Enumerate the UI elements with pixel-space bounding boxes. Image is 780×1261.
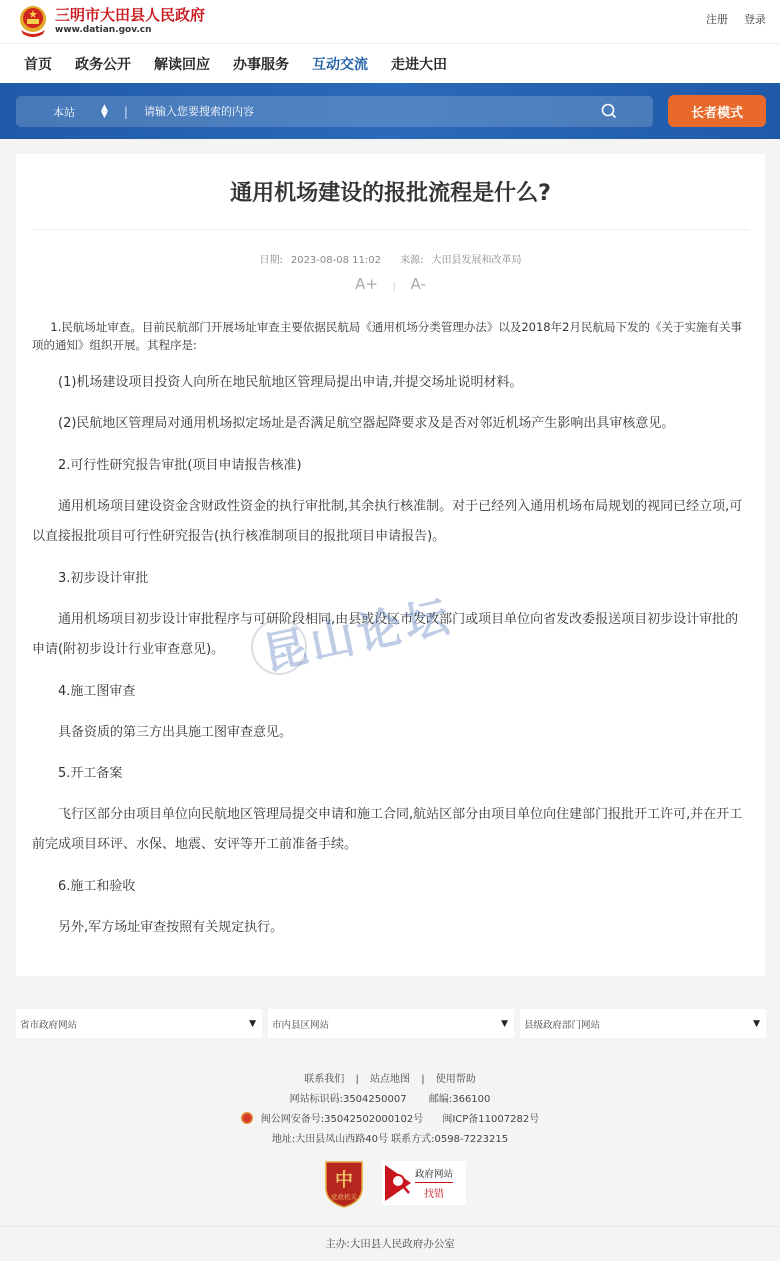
paragraph: 飞行区部分由项目单位向民航地区管理局提交申请和施工合同,航站区部分由项目单位向住…	[32, 800, 750, 860]
date-label: 日期:	[259, 255, 282, 266]
help-link[interactable]: 使用帮助	[436, 1074, 476, 1085]
department-sites-select[interactable]: 县级政府部门网站 ▼	[520, 1009, 766, 1038]
site-code: 3504250007	[343, 1094, 407, 1105]
report-error-button[interactable]: 政府网站 找错	[382, 1161, 466, 1205]
svg-text:党政机关: 党政机关	[331, 1192, 358, 1201]
county-district-sites-select[interactable]: 市内县区网站 ▼	[268, 1009, 514, 1038]
paragraph: 另外,军方场址审查按照有关规定执行。	[32, 913, 750, 943]
footer-info: 联系我们 | 站点地图 | 使用帮助 网站标识码:3504250007 邮编:3…	[0, 1070, 780, 1150]
search-input[interactable]	[144, 105, 544, 118]
icp-link[interactable]: 闽ICP备11007282号	[442, 1114, 539, 1125]
site-url: www.datian.gov.cn	[55, 24, 205, 36]
search-box: 本站 ▲▼ |	[16, 96, 653, 127]
dropdown-arrow-icon: ▼	[501, 1019, 508, 1029]
national-emblem-icon	[17, 4, 49, 38]
site-name: 三明市大田县人民政府	[55, 6, 205, 24]
divider: |	[393, 282, 396, 292]
police-badge-icon	[241, 1112, 253, 1124]
nav-item-about-datian[interactable]: 走进大田	[391, 54, 447, 74]
search-band: 本站 ▲▼ | 长者模式	[0, 83, 780, 139]
dropdown-arrow-icon: ▼	[249, 1019, 256, 1029]
search-icon[interactable]	[601, 103, 617, 119]
article-date: 2023-08-08 11:02	[291, 255, 381, 266]
divider: |	[421, 1074, 424, 1085]
font-size-controls: A+ | A-	[16, 275, 765, 293]
error-report-title: 政府网站	[415, 1166, 453, 1183]
article-source: 大田县发展和改革局	[432, 255, 522, 266]
postcode-label: 邮编:	[429, 1094, 452, 1105]
main-nav: 首页 政务公开 解读回应 办事服务 互动交流 走进大田	[0, 43, 780, 83]
police-record-link[interactable]: 35042502000102号	[324, 1114, 423, 1125]
nav-item-interpretation[interactable]: 解读回应	[154, 54, 210, 74]
provincial-sites-select[interactable]: 省市政府网站 ▼	[16, 1009, 262, 1038]
dropdown-arrow-icon: ▼	[753, 1019, 760, 1029]
article-card: 通用机场建设的报批流程是什么? 日期:2023-08-08 11:02 来源:大…	[16, 154, 765, 976]
paragraph: 通用机场项目初步设计审批程序与可研阶段相同,由县或设区市发改部门或项目单位向省发…	[32, 605, 750, 665]
select-label: 省市政府网站	[20, 1017, 77, 1031]
register-link[interactable]: 注册	[706, 11, 728, 27]
address-contact: 地址:大田县凤山西路40号 联系方式:0598-7223215	[272, 1134, 508, 1145]
top-header: 三明市大田县人民政府 www.datian.gov.cn 注册 登录	[0, 0, 780, 43]
font-decrease-button[interactable]: A-	[411, 275, 426, 293]
section-heading: 5.开工备案	[32, 759, 750, 789]
nav-item-gov-affairs[interactable]: 政务公开	[75, 54, 131, 74]
article-body: 1.民航场址审查。目前民航部门开展场址审查主要依据民航局《通用机场分类管理办法》…	[32, 318, 750, 954]
article-meta: 日期:2023-08-08 11:02 来源:大田县发展和改革局	[16, 251, 765, 266]
section-heading: 4.施工图审查	[32, 677, 750, 707]
nav-item-services[interactable]: 办事服务	[233, 54, 289, 74]
section-heading: 3.初步设计审批	[32, 564, 750, 594]
paragraph: 1.民航场址审查。目前民航部门开展场址审查主要依据民航局《通用机场分类管理办法》…	[32, 318, 750, 354]
related-sites: 省市政府网站 ▼ 市内县区网站 ▼ 县级政府部门网站 ▼	[16, 1009, 766, 1038]
police-record-label[interactable]: 闽公网安备号:	[261, 1114, 324, 1125]
paragraph: 具备资质的第三方出具施工图审查意见。	[32, 718, 750, 748]
login-link[interactable]: 登录	[744, 11, 766, 27]
source-label: 来源:	[400, 255, 423, 266]
svg-text:中: 中	[335, 1169, 353, 1191]
site-logo[interactable]: 三明市大田县人民政府 www.datian.gov.cn	[17, 4, 205, 38]
nav-item-interaction[interactable]: 互动交流	[312, 54, 368, 74]
section-heading: 6.施工和验收	[32, 872, 750, 902]
magnifier-flag-icon	[385, 1165, 411, 1201]
divider	[32, 229, 749, 230]
party-government-badge[interactable]: 中 党政机关	[322, 1158, 366, 1208]
elder-mode-button[interactable]: 长者模式	[668, 95, 766, 127]
paragraph: 通用机场项目建设资金含财政性资金的执行审批制,其余执行核准制。对于已经列入通用机…	[32, 492, 750, 552]
search-scope-select[interactable]: 本站	[53, 104, 75, 120]
font-increase-button[interactable]: A+	[355, 275, 378, 293]
divider: |	[355, 1074, 358, 1085]
footer-badges: 中 党政机关 政府网站 找错	[322, 1158, 466, 1208]
select-label: 市内县区网站	[272, 1017, 329, 1031]
sitemap-link[interactable]: 站点地图	[370, 1074, 410, 1085]
site-code-label: 网站标识码:	[290, 1094, 343, 1105]
paragraph: (2)民航地区管理局对通用机场拟定场址是否满足航空器起降要求及是否对邻近机场产生…	[32, 409, 750, 439]
sort-updown-icon[interactable]: ▲▼	[101, 105, 108, 119]
paragraph: (1)机场建设项目投资人向所在地民航地区管理局提出申请,并提交场址说明材料。	[32, 368, 750, 398]
host-info: 主办:大田县人民政府办公室	[0, 1226, 780, 1261]
section-heading: 2.可行性研究报告审批(项目申请报告核准)	[32, 451, 750, 481]
error-report-subtitle: 找错	[415, 1185, 453, 1200]
postcode: 366100	[452, 1094, 490, 1105]
contact-us-link[interactable]: 联系我们	[304, 1074, 344, 1085]
article-title: 通用机场建设的报批流程是什么?	[16, 179, 765, 227]
nav-item-home[interactable]: 首页	[24, 54, 52, 74]
select-label: 县级政府部门网站	[524, 1017, 600, 1031]
divider: |	[124, 105, 128, 119]
